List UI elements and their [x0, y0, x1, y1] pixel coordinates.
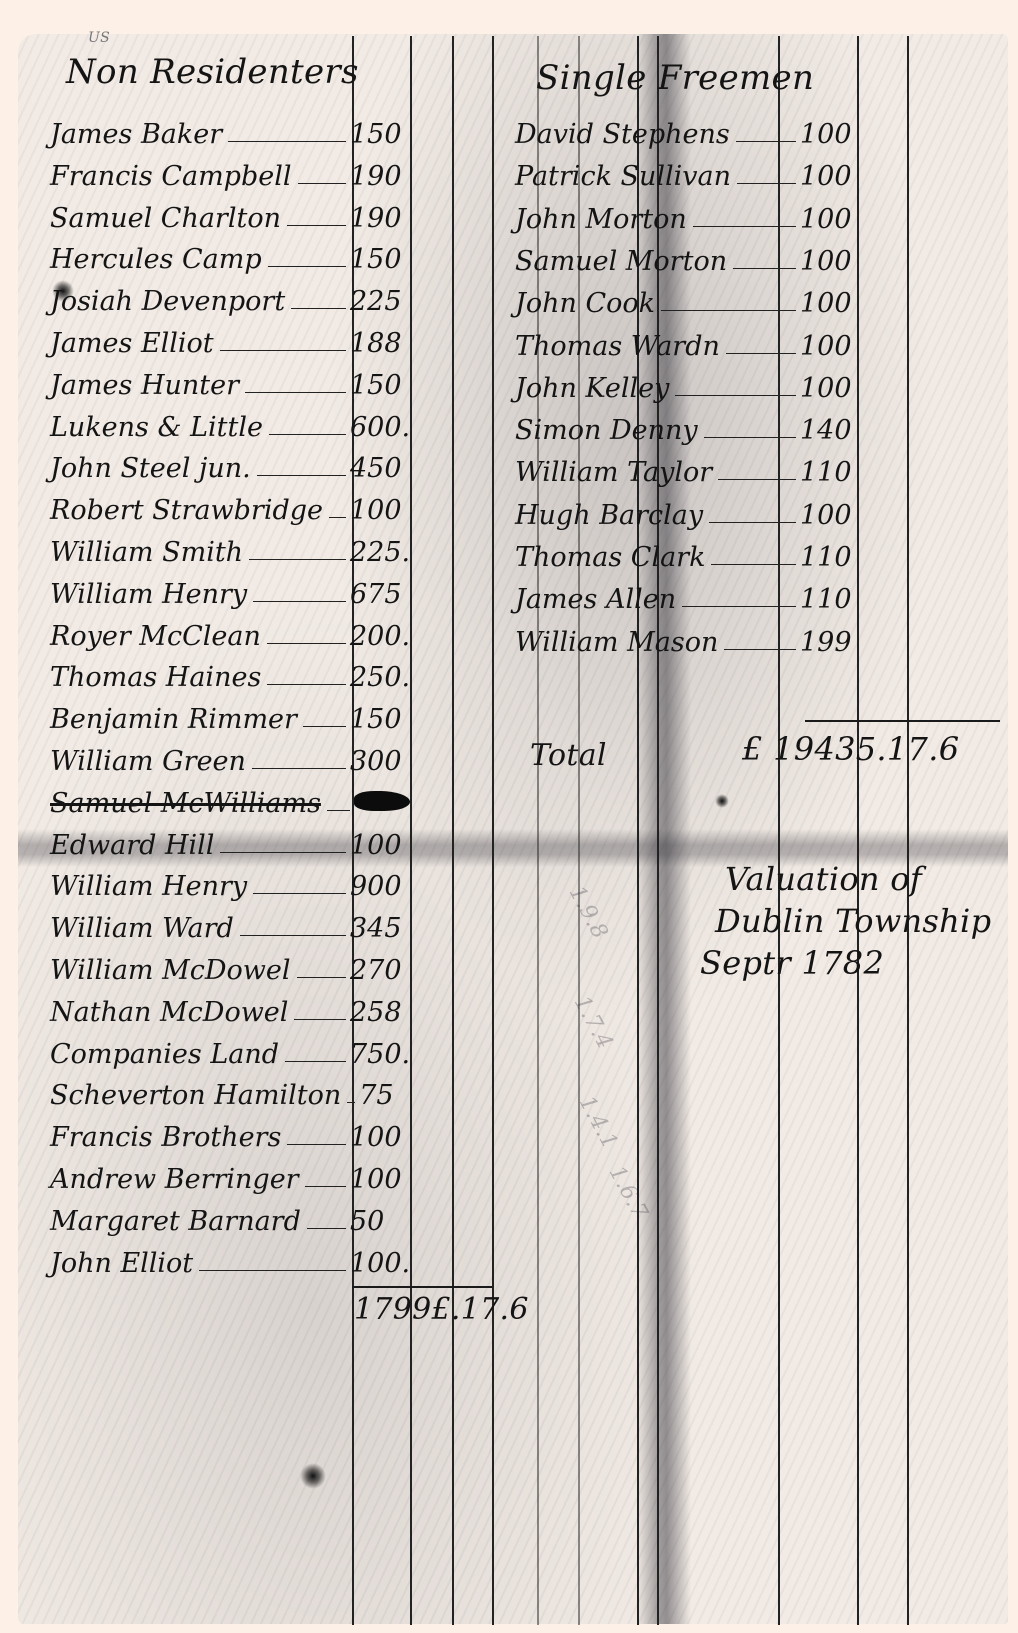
entry-amount: 100	[350, 495, 410, 526]
ink-spot	[300, 1463, 326, 1489]
ink-blot	[354, 791, 410, 811]
entry-name: Hugh Barclay	[515, 500, 703, 531]
ledger-row: Francis Brothers100	[50, 1113, 410, 1153]
entry-name: Patrick Sullivan	[515, 161, 731, 192]
ledger-row: Thomas Clark110	[515, 533, 860, 573]
leader-line	[724, 649, 796, 650]
entry-amount: 100	[350, 1164, 410, 1195]
entry-name: Robert Strawbridge	[50, 495, 323, 526]
endorsement-line-2: Dublin Township	[715, 900, 991, 942]
ledger-row: William McDowel270	[50, 946, 410, 986]
entry-amount: 100	[800, 119, 860, 150]
entry-amount: 100	[350, 1122, 410, 1153]
entry-name: Nathan McDowel	[50, 997, 288, 1028]
entry-name: John Elliot	[50, 1248, 193, 1279]
entry-name: Thomas Clark	[515, 542, 705, 573]
leader-line	[303, 726, 346, 727]
entry-name: Benjamin Rimmer	[50, 704, 297, 735]
ledger-row: David Stephens100	[515, 110, 860, 150]
entry-amount: 200.	[350, 621, 410, 652]
leader-line	[268, 266, 346, 267]
leader-line	[704, 437, 796, 438]
ledger-row: James Elliot188	[50, 319, 410, 359]
ledger-row: Francis Campbell190	[50, 152, 410, 192]
leader-line	[245, 392, 346, 393]
ledger-row: William Taylor110	[515, 448, 860, 488]
leader-line	[220, 852, 346, 853]
entry-amount: 450	[350, 453, 410, 484]
leader-line	[736, 141, 796, 142]
entry-amount: 675	[350, 579, 410, 610]
non-residents-heading: Non Residenters	[66, 52, 359, 92]
entry-name: James Hunter	[50, 370, 239, 401]
ledger-row: John Morton100	[515, 195, 860, 235]
entry-name: William Green	[50, 746, 246, 777]
entry-name: John Morton	[515, 204, 687, 235]
entry-name: John Kelley	[515, 373, 669, 404]
entry-amount: 100.	[350, 1248, 410, 1279]
ledger-row: John Kelley100	[515, 364, 860, 404]
leader-line	[711, 564, 796, 565]
leader-line	[329, 517, 346, 518]
ledger-row: William Mason199	[515, 618, 860, 658]
ledger-row: William Henry675	[50, 570, 410, 610]
leader-line	[737, 183, 796, 184]
leader-line	[675, 395, 796, 396]
entry-amount: 199	[800, 627, 860, 658]
right-sum-rule	[805, 720, 1000, 722]
entry-name: Andrew Berringer	[50, 1164, 299, 1195]
ledger-row: John Elliot100.	[50, 1239, 410, 1279]
leader-line	[252, 768, 346, 769]
entry-name: James Elliot	[50, 328, 214, 359]
entry-amount: 100	[800, 204, 860, 235]
entry-amount: 300	[350, 746, 410, 777]
leader-line	[249, 559, 346, 560]
entry-name: Thomas Haines	[50, 662, 261, 693]
entry-amount: 900	[350, 871, 410, 902]
leader-line	[327, 810, 350, 811]
leader-line	[287, 225, 346, 226]
entry-amount: 140	[800, 415, 860, 446]
ledger-row: James Hunter150	[50, 361, 410, 401]
leader-line	[298, 183, 347, 184]
entry-amount: 110	[800, 542, 860, 573]
column-rule	[907, 36, 909, 1625]
ledger-row: Hugh Barclay100	[515, 491, 860, 531]
margin-mark: US	[88, 30, 110, 46]
ledger-row: Simon Denny140	[515, 406, 860, 446]
leader-line	[726, 353, 796, 354]
entry-amount: 225.	[350, 537, 410, 568]
single-freemen-heading: Single Freemen	[536, 58, 814, 98]
entry-amount: 345	[350, 913, 410, 944]
column-rule	[492, 36, 494, 1625]
entry-name: William Henry	[50, 579, 247, 610]
single-freemen-total-value: £ 19435.17.6	[742, 730, 959, 768]
ledger-row: Benjamin Rimmer150	[50, 695, 410, 735]
leader-line	[253, 893, 346, 894]
entry-amount: 110	[800, 457, 860, 488]
entry-name: Hercules Camp	[50, 244, 262, 275]
entry-amount: 100	[800, 246, 860, 277]
ledger-row: William Henry900	[50, 862, 410, 902]
entry-name: Samuel Charlton	[50, 203, 281, 234]
ledger-row: William Ward345	[50, 904, 410, 944]
leader-line	[307, 1228, 346, 1229]
entry-name: David Stephens	[515, 119, 730, 150]
ledger-row: Samuel Morton100	[515, 237, 860, 277]
entry-amount: 270	[350, 955, 410, 986]
entry-name: William Smith	[50, 537, 243, 568]
entry-name: Companies Land	[50, 1039, 279, 1070]
entry-amount: 150	[350, 704, 410, 735]
ledger-row: William Green300	[50, 737, 410, 777]
ledger-row: Thomas Haines250.	[50, 653, 410, 693]
entry-amount: 75	[359, 1080, 410, 1111]
entry-name: Thomas Wardn	[515, 331, 720, 362]
entry-amount: 188	[350, 328, 410, 359]
entry-name: William Ward	[50, 913, 234, 944]
column-rule	[410, 36, 412, 1625]
entry-name: James Allen	[515, 584, 676, 615]
ledger-row: Andrew Berringer100	[50, 1155, 410, 1195]
ledger-row: Samuel Charlton190	[50, 194, 410, 234]
leader-line	[291, 308, 346, 309]
entry-amount: 150	[350, 119, 410, 150]
leader-line	[257, 475, 346, 476]
leader-line	[709, 522, 796, 523]
leader-line	[285, 1061, 346, 1062]
ledger-row: Patrick Sullivan100	[515, 152, 860, 192]
entry-name: William Henry	[50, 871, 247, 902]
entry-name: Samuel Morton	[515, 246, 727, 277]
left-sum-rule	[352, 1286, 492, 1288]
leader-line	[693, 226, 796, 227]
leader-line	[220, 350, 346, 351]
entry-name: Edward Hill	[50, 830, 214, 861]
entry-amount: 250.	[350, 662, 410, 693]
ledger-row: Scheverton Hamilton75	[50, 1071, 410, 1111]
ledger-row: Lukens & Little600.	[50, 403, 410, 443]
entry-name: Francis Campbell	[50, 161, 292, 192]
leader-line	[287, 1144, 346, 1145]
entry-amount: 100	[800, 373, 860, 404]
entry-amount: 190	[350, 161, 410, 192]
ledger-row: Josiah Devenport225	[50, 277, 410, 317]
entry-name: William McDowel	[50, 955, 291, 986]
entry-amount: 110	[800, 584, 860, 615]
entry-name: William Taylor	[515, 457, 712, 488]
ledger-row: William Smith225.	[50, 528, 410, 568]
entry-amount: 100	[800, 331, 860, 362]
non-residents-total: 1799£.17.6	[354, 1292, 529, 1327]
entry-name: John Steel jun.	[50, 453, 251, 484]
entry-name: Margaret Barnard	[50, 1206, 301, 1237]
ledger-row: Hercules Camp150	[50, 235, 410, 275]
entry-amount: 750.	[350, 1039, 410, 1070]
ledger-row: Royer McClean200.	[50, 612, 410, 652]
ledger-row: Margaret Barnard50	[50, 1197, 410, 1237]
entry-amount: 225	[350, 286, 410, 317]
entry-name: James Baker	[50, 119, 222, 150]
entry-amount: 100	[800, 161, 860, 192]
leader-line	[682, 606, 796, 607]
leader-line	[267, 684, 346, 685]
entry-name: Samuel McWilliams	[50, 788, 321, 819]
entry-amount: 600.	[350, 412, 410, 443]
column-rule	[452, 36, 454, 1625]
entry-amount: 150	[350, 244, 410, 275]
leader-line	[347, 1102, 355, 1103]
ledger-row: Nathan McDowel258	[50, 988, 410, 1028]
ledger-row: James Allen110	[515, 575, 860, 615]
entry-name: Francis Brothers	[50, 1122, 281, 1153]
entry-name: Simon Denny	[515, 415, 698, 446]
leader-line	[305, 1186, 346, 1187]
entry-name: Josiah Devenport	[50, 286, 285, 317]
entry-name: Royer McClean	[50, 621, 261, 652]
endorsement: Valuation of Dublin Township Septr 1782	[705, 858, 991, 984]
leader-line	[718, 479, 796, 480]
entry-name: Scheverton Hamilton	[50, 1080, 341, 1111]
ledger-row: Companies Land750.	[50, 1030, 410, 1070]
ledger-row: James Baker150	[50, 110, 410, 150]
leader-line	[269, 434, 346, 435]
leader-line	[733, 268, 796, 269]
leader-line	[240, 935, 346, 936]
ledger-row: John Cook100	[515, 279, 860, 319]
leader-line	[267, 643, 346, 644]
entry-amount: 100	[350, 830, 410, 861]
leader-line	[297, 977, 347, 978]
entry-amount: 100	[800, 288, 860, 319]
ink-spot	[715, 794, 729, 808]
ledger-row: Robert Strawbridge100	[50, 486, 410, 526]
entry-name: John Cook	[515, 288, 655, 319]
single-freemen-total-label: Total	[530, 738, 607, 773]
leader-line	[228, 141, 346, 142]
entry-amount: 150	[350, 370, 410, 401]
leader-line	[294, 1019, 346, 1020]
entry-amount: 190	[350, 203, 410, 234]
entry-amount: 258	[350, 997, 410, 1028]
ledger-row: Edward Hill100	[50, 821, 410, 861]
ledger-row: Thomas Wardn100	[515, 322, 860, 362]
entry-amount: 100	[800, 500, 860, 531]
endorsement-line-3: Septr 1782	[700, 942, 991, 984]
ledger-row: Samuel McWilliams	[50, 779, 410, 819]
entry-name: William Mason	[515, 627, 718, 658]
entry-amount: 50	[350, 1206, 410, 1237]
leader-line	[661, 310, 796, 311]
leader-line	[253, 601, 346, 602]
ledger-row: John Steel jun.450	[50, 444, 410, 484]
entry-name: Lukens & Little	[50, 412, 263, 443]
endorsement-line-1: Valuation of	[725, 858, 991, 900]
leader-line	[199, 1270, 346, 1271]
